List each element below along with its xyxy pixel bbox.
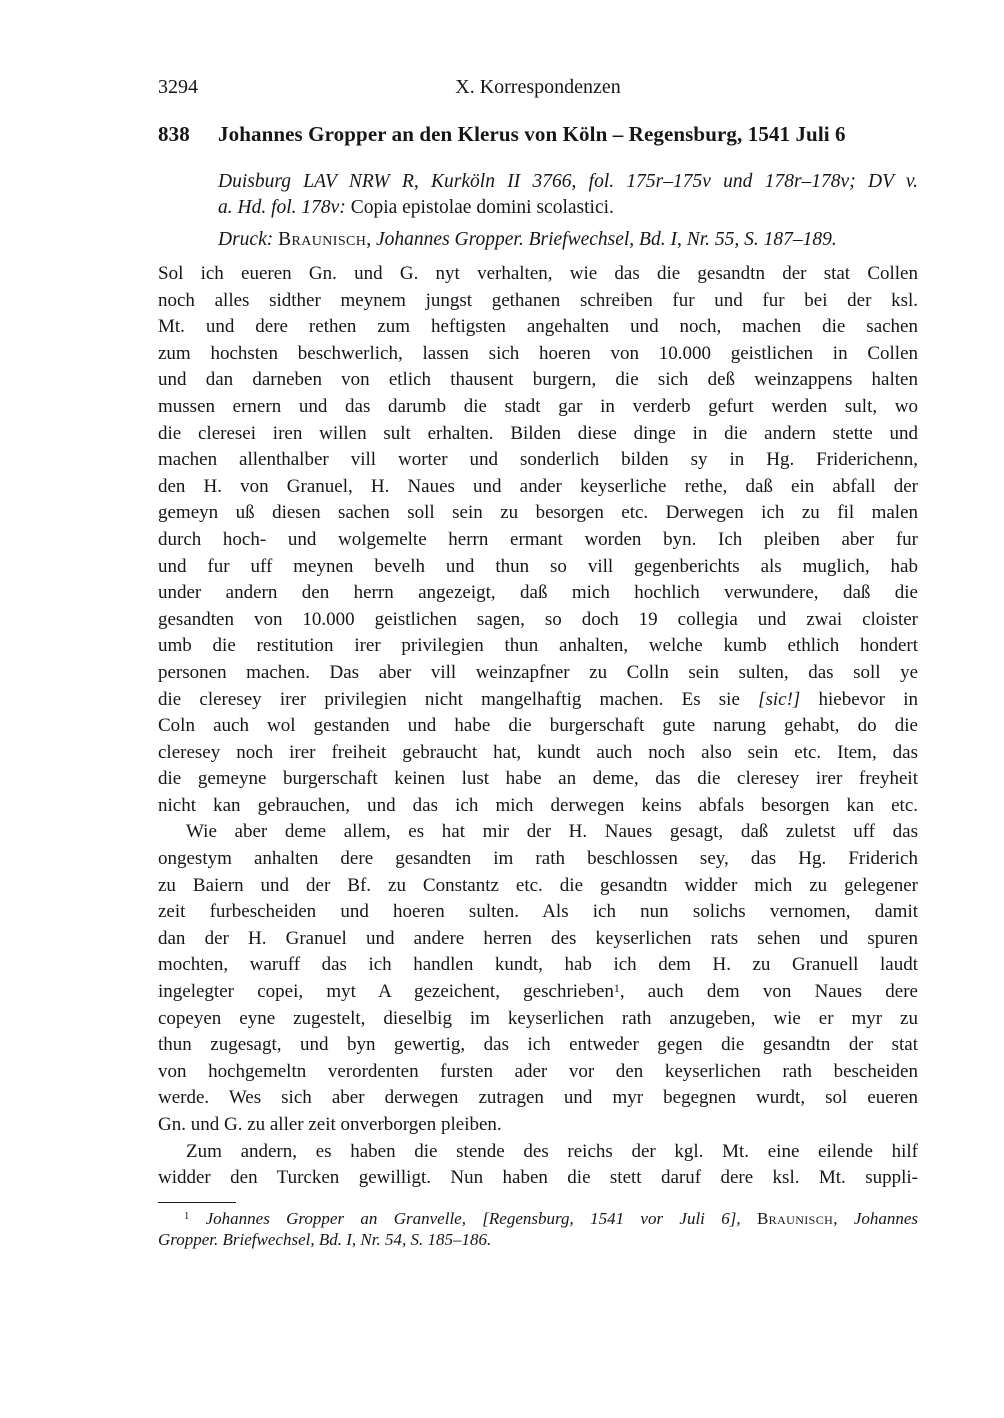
text-line: dan der H. Granuel und andere herren des… bbox=[158, 926, 918, 953]
text-line: nicht kan gebrauchen, und das ich mich d… bbox=[158, 793, 918, 820]
text-line: die cleresey irer privilegien nicht mang… bbox=[158, 687, 918, 714]
text-line: gemeyn uß diesen sachen soll sein zu bes… bbox=[158, 500, 918, 527]
text-line: thun zugesagt, und byn gewertig, das ich… bbox=[158, 1032, 918, 1059]
paragraph: Zum andern, es haben die stende des reic… bbox=[158, 1139, 918, 1192]
text-line: copeyen eyne zugestelt, dieselbig im key… bbox=[158, 1006, 918, 1033]
text-line: werde. Wes sich aber derwegen zutragen u… bbox=[158, 1085, 918, 1112]
text-line: widder den Turcken gewilligt. Nun haben … bbox=[158, 1165, 918, 1192]
text-line: personen machen. Das aber vill weinzapfn… bbox=[158, 660, 918, 687]
text-line: gesandten von 10.000 geistlichen sagen, … bbox=[158, 607, 918, 634]
page-number: 3294 bbox=[158, 74, 198, 100]
text-line: und fur uff meynen bevelh und thun so vi… bbox=[158, 554, 918, 581]
text-line: a. Hd. fol. 178v: Copia epistolae domini… bbox=[218, 195, 918, 221]
text-line: Coln auch wol gestanden und habe die bur… bbox=[158, 713, 918, 740]
paragraph: Druck: Braunisch, Johannes Gropper. Brie… bbox=[218, 227, 918, 253]
text-line: zeit furbescheiden und hoeren sulten. Al… bbox=[158, 899, 918, 926]
text-line: Mt. und dere rethen zum heftigsten angeh… bbox=[158, 314, 918, 341]
entry-title: Johannes Gropper an den Klerus von Köln … bbox=[218, 120, 918, 148]
text-line: Gropper. Briefwechsel, Bd. I, Nr. 54, S.… bbox=[158, 1229, 918, 1251]
text-line: ongestym anhalten dere gesandten im rath… bbox=[158, 846, 918, 873]
text-line: zu Baiern und der Bf. zu Constantz etc. … bbox=[158, 873, 918, 900]
footnote-text: 1 Johannes Gropper an Granvelle, [Regens… bbox=[158, 1208, 918, 1251]
text-line: 1 Johannes Gropper an Granvelle, [Regens… bbox=[158, 1208, 918, 1230]
source-reference-block: Duisburg LAV NRW R, Kurköln II 3766, fol… bbox=[218, 169, 918, 253]
text-line: von hochgemeltn verordenten fursten ader… bbox=[158, 1059, 918, 1086]
text-line: Wie aber deme allem, es hat mir der H. N… bbox=[158, 819, 918, 846]
book-page: 3294 X. Korrespondenzen 838 Johannes Gro… bbox=[0, 0, 1004, 1418]
footnote-separator-rule bbox=[158, 1202, 236, 1203]
text-line: umb die restitution irer privilegien thu… bbox=[158, 633, 918, 660]
text-line: durch hoch- und wolgemelte herrn ermant … bbox=[158, 527, 918, 554]
text-line: machen allenthalber vill worter und sond… bbox=[158, 447, 918, 474]
text-line: under andern den herrn angezeigt, daß mi… bbox=[158, 580, 918, 607]
text-line: zum hochsten beschwerlich, lassen sich h… bbox=[158, 341, 918, 368]
text-line: ingelegter copei, myt A gezeichent, gesc… bbox=[158, 979, 918, 1006]
footnote-area: 1 Johannes Gropper an Granvelle, [Regens… bbox=[158, 1202, 918, 1251]
text-line: Duisburg LAV NRW R, Kurköln II 3766, fol… bbox=[218, 169, 918, 195]
text-line: den H. von Granuel, H. Naues und ander k… bbox=[158, 474, 918, 501]
entry-heading: 838 Johannes Gropper an den Klerus von K… bbox=[158, 120, 918, 148]
text-line: mochten, waruff das ich handlen kundt, h… bbox=[158, 952, 918, 979]
text-line: Druck: Braunisch, Johannes Gropper. Brie… bbox=[218, 227, 918, 253]
paragraph: Sol ich eueren Gn. und G. nyt verhalten,… bbox=[158, 261, 918, 819]
letter-body: Sol ich eueren Gn. und G. nyt verhalten,… bbox=[158, 261, 918, 1192]
text-line: mussen ernern und das darumb die stadt g… bbox=[158, 394, 918, 421]
text-column: 3294 X. Korrespondenzen 838 Johannes Gro… bbox=[158, 0, 918, 1251]
text-line: cleresey noch irer freiheit gebraucht ha… bbox=[158, 740, 918, 767]
text-line: noch alles sidther meynem jungst gethane… bbox=[158, 288, 918, 315]
text-line: und dan darneben von etlich thausent bur… bbox=[158, 367, 918, 394]
text-line: die gemeyne burgerschaft keinen lust hab… bbox=[158, 766, 918, 793]
entry-number: 838 bbox=[158, 120, 218, 148]
running-header: 3294 X. Korrespondenzen bbox=[158, 74, 918, 100]
text-line: die cleresei iren willen sult erhalten. … bbox=[158, 421, 918, 448]
text-line: Sol ich eueren Gn. und G. nyt verhalten,… bbox=[158, 261, 918, 288]
paragraph: 1 Johannes Gropper an Granvelle, [Regens… bbox=[158, 1208, 918, 1251]
paragraph: Duisburg LAV NRW R, Kurköln II 3766, fol… bbox=[218, 169, 918, 221]
running-head-title: X. Korrespondenzen bbox=[158, 74, 918, 100]
paragraph: Wie aber deme allem, es hat mir der H. N… bbox=[158, 819, 918, 1138]
text-line: Zum andern, es haben die stende des reic… bbox=[158, 1139, 918, 1166]
text-line: Gn. und G. zu aller zeit onverborgen ple… bbox=[158, 1112, 918, 1139]
